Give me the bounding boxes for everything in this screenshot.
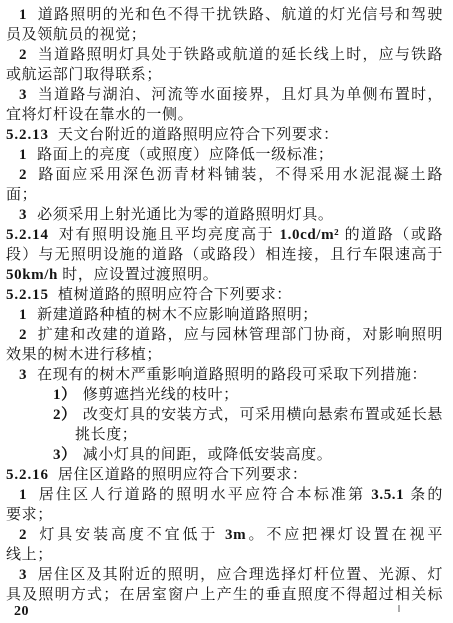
- line-text: 当道路照明灯具处于铁路或航道的延长线上时，应与铁路: [37, 47, 443, 63]
- item-marker: 3: [19, 207, 27, 223]
- text-line: 宜将灯杆设在靠水的一侧。: [6, 105, 443, 125]
- line-text: 对有照明设施且平均亮度高于: [58, 227, 280, 243]
- item-marker: 1: [19, 147, 27, 163]
- item-marker: 3: [19, 367, 27, 383]
- item-marker: 3）: [53, 447, 77, 463]
- line-text: 减小灯具的间距，或降低安装高度。: [83, 447, 333, 463]
- item-marker: 3: [19, 87, 27, 103]
- line-text: 的道路（或路: [339, 227, 443, 243]
- section-number: 5.2.15: [6, 287, 49, 303]
- text-line: 要求；: [6, 505, 443, 525]
- section-number: 5.2.16: [6, 467, 49, 483]
- document-page: 1道路照明的光和色不得干扰铁路、航道的灯光信号和驾驶员及领航员的视觉；2当道路照…: [0, 0, 453, 623]
- text-line: 3必须采用上射光通比为零的道路照明灯具。: [6, 205, 443, 225]
- item-marker: 2: [19, 47, 27, 63]
- text-line: 5.2.15植树道路的照明应符合下列要求：: [6, 285, 443, 305]
- line-text: 。不应把裸灯设置在视平: [246, 527, 443, 543]
- line-text: 挑长度；: [75, 427, 137, 443]
- line-text: 天文台附近的道路照明应符合下列要求：: [58, 127, 339, 143]
- line-text: 道路照明的光和色不得干扰铁路、航道的灯光信号和驾驶: [37, 7, 443, 23]
- line-text: 宜将灯杆设在靠水的一侧。: [6, 107, 193, 123]
- text-line: 效果的树木进行移植；: [6, 345, 443, 365]
- line-text: 条的: [404, 487, 443, 503]
- text-line: 线上；: [6, 545, 443, 565]
- text-line: 1路面上的亮度（或照度）应降低一级标准；: [6, 145, 443, 165]
- text-line: 2）改变灯具的安装方式，可采用横向悬索布置或延长悬: [6, 405, 443, 425]
- text-line: 或航运部门取得联系；: [6, 65, 443, 85]
- item-marker: 1: [19, 487, 27, 503]
- line-text: 灯具安装高度不宜低于: [37, 527, 225, 543]
- text-line: 50km/h 时，应设置过渡照明。: [6, 265, 443, 285]
- item-marker: 1: [19, 7, 27, 23]
- text-line: 1道路照明的光和色不得干扰铁路、航道的灯光信号和驾驶: [6, 5, 443, 25]
- text-line: 段）与无照明设施的道路（或路段）相连接，且行车限速高于: [6, 245, 443, 265]
- line-text: 线上；: [6, 547, 53, 563]
- section-number: 5.2.13: [6, 127, 49, 143]
- item-marker: 2: [19, 327, 27, 343]
- line-text: 路面应采用深色沥青材料铺装，不得采用水泥混凝土路: [37, 167, 443, 183]
- text-line: 面；: [6, 185, 443, 205]
- text-line: 3在现有的树木严重影响道路照明的路段可采取下列措施：: [6, 365, 443, 385]
- item-marker: 1）: [53, 387, 77, 403]
- item-marker: 2: [19, 167, 27, 183]
- text-line: 5.2.16居住区道路的照明应符合下列要求：: [6, 465, 443, 485]
- inline-number: 1.0cd/m²: [280, 227, 340, 243]
- line-text: 时，应设置过渡照明。: [58, 267, 218, 283]
- text-line: 3）减小灯具的间距，或降低安装高度。: [6, 445, 443, 465]
- page-number: 20: [14, 604, 29, 620]
- text-line: 1居住区人行道路的照明水平应符合本标准第 3.5.1 条的: [6, 485, 443, 505]
- line-text: 或航运部门取得联系；: [6, 67, 162, 83]
- line-text: 植树道路的照明应符合下列要求：: [58, 287, 292, 303]
- text-line: 2扩建和改建的道路，应与园林管理部门协商，对影响照明: [6, 325, 443, 345]
- text-line: 员及领航员的视觉；: [6, 25, 443, 45]
- text-line: 3居住区及其附近的照明，应合理选择灯杆位置、光源、灯: [6, 565, 443, 585]
- text-line: 挑长度；: [6, 425, 443, 445]
- text-line: 1）修剪遮挡光线的枝叶；: [6, 385, 443, 405]
- line-text: 面；: [6, 187, 37, 203]
- line-text: 路面上的亮度（或照度）应降低一级标准；: [37, 147, 333, 163]
- line-text: 在现有的树木严重影响道路照明的路段可采取下列措施：: [37, 367, 427, 383]
- line-text: 修剪遮挡光线的枝叶；: [83, 387, 239, 403]
- scan-artifact-mark: [398, 605, 400, 612]
- section-number: 5.2.14: [6, 227, 49, 243]
- line-text: 当道路与湖泊、河流等水面接界，且灯具为单侧布置时，: [37, 87, 443, 103]
- line-text: 要求；: [6, 507, 53, 523]
- text-line: 2当道路照明灯具处于铁路或航道的延长线上时，应与铁路: [6, 45, 443, 65]
- item-marker: 3: [19, 567, 27, 583]
- line-text: 具及照明方式；在居室窗户上产生的垂直照度不得超过相关标: [6, 587, 443, 603]
- item-marker: 1: [19, 307, 27, 323]
- line-text: 必须采用上射光通比为零的道路照明灯具。: [37, 207, 333, 223]
- text-line: 3当道路与湖泊、河流等水面接界，且灯具为单侧布置时，: [6, 85, 443, 105]
- text-line: 具及照明方式；在居室窗户上产生的垂直照度不得超过相关标: [6, 585, 443, 605]
- text-line: 5.2.13天文台附近的道路照明应符合下列要求：: [6, 125, 443, 145]
- text-body: 1道路照明的光和色不得干扰铁路、航道的灯光信号和驾驶员及领航员的视觉；2当道路照…: [6, 5, 443, 605]
- text-line: 2路面应采用深色沥青材料铺装，不得采用水泥混凝土路: [6, 165, 443, 185]
- line-text: 新建道路种植的树木不应影响道路照明；: [37, 307, 318, 323]
- line-text: 居住区人行道路的照明水平应符合本标准第: [37, 487, 371, 503]
- text-line: 1新建道路种植的树木不应影响道路照明；: [6, 305, 443, 325]
- line-text: 居住区道路的照明应符合下列要求：: [58, 467, 308, 483]
- text-line: 5.2.14对有照明设施且平均亮度高于 1.0cd/m² 的道路（或路: [6, 225, 443, 245]
- line-text: 段）与无照明设施的道路（或路段）相连接，且行车限速高于: [6, 247, 443, 263]
- line-text: 效果的树木进行移植；: [6, 347, 162, 363]
- inline-number: 3.5.1: [371, 487, 404, 503]
- inline-number: 50km/h: [6, 267, 58, 283]
- line-text: 改变灯具的安装方式，可采用横向悬索布置或延长悬: [83, 407, 443, 423]
- item-marker: 2: [19, 527, 27, 543]
- line-text: 员及领航员的视觉；: [6, 27, 146, 43]
- line-text: 扩建和改建的道路，应与园林管理部门协商，对影响照明: [37, 327, 443, 343]
- text-line: 2灯具安装高度不宜低于 3m。不应把裸灯设置在视平: [6, 525, 443, 545]
- item-marker: 2）: [53, 407, 77, 423]
- line-text: 居住区及其附近的照明，应合理选择灯杆位置、光源、灯: [37, 567, 443, 583]
- inline-number: 3m: [225, 527, 246, 543]
